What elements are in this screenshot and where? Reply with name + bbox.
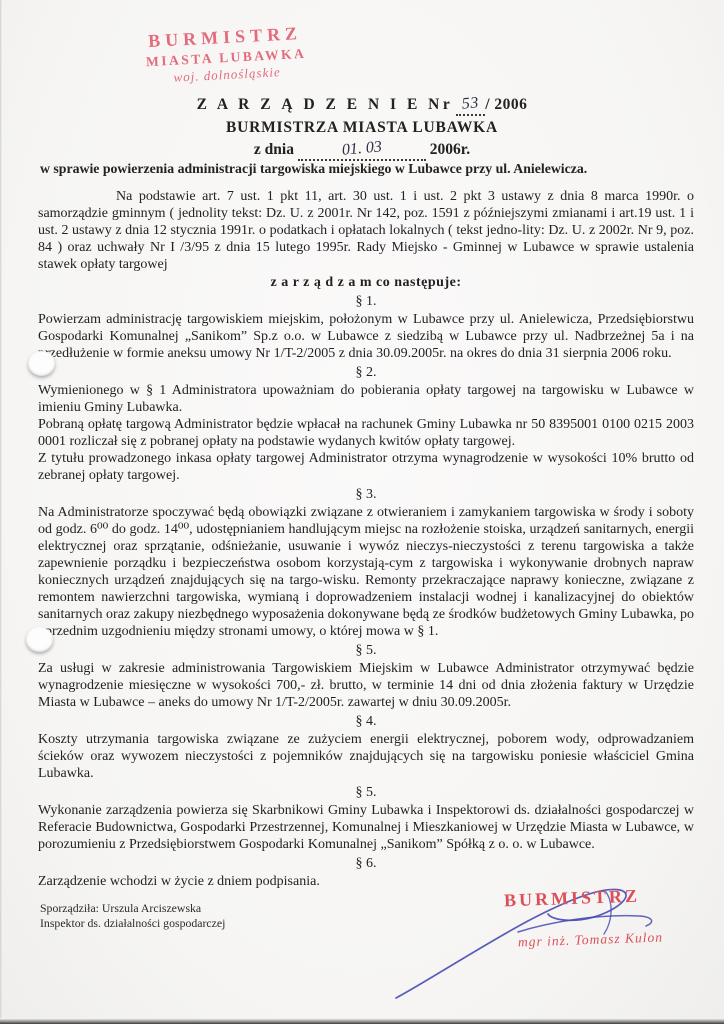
date-suffix: 2006r.	[430, 141, 470, 158]
prepared-by-block: Sporządziła: Urszula Arciszewska Inspekt…	[40, 901, 225, 931]
mayor-office-stamp: BURMISTRZ MIASTA LUBAWKA woj. dolnośląsk…	[95, 19, 358, 90]
section-body-3: Na Administratorze spoczywać będą obowią…	[38, 504, 694, 640]
hole-punch-bottom	[26, 627, 53, 652]
scan-edge-bottom	[0, 1018, 724, 1024]
handwritten-date: 01. 03	[341, 138, 382, 159]
document-title-block: Z A R Z Ą D Z E N I E Nr53/ 2006 BURMIST…	[0, 96, 724, 161]
scan-edge-left	[0, 0, 2, 1024]
section-heading-5b: § 5.	[38, 784, 694, 801]
issuer-line: BURMISTRZA MIASTA LUBAWKA	[0, 119, 724, 137]
subject-line: w sprawie powierzenia administracji targ…	[40, 161, 696, 177]
document-body: Na podstawie art. 7 ust. 1 pkt 11, art. …	[38, 188, 694, 890]
ordinance-title-text: Z A R Z Ą D Z E N I E Nr	[197, 96, 454, 113]
scanned-document-page: BURMISTRZ MIASTA LUBAWKA woj. dolnośląsk…	[0, 0, 724, 1024]
ordinance-year-text: / 2006	[485, 96, 527, 113]
section-body-2: Wymienionego w § 1 Administratora upoważ…	[38, 382, 694, 484]
section-body-5b: Wykonanie zarządzenia powierza się Skarb…	[38, 802, 694, 853]
ordinance-number-line: Z A R Z Ą D Z E N I E Nr53/ 2006	[0, 96, 724, 116]
section-body-4: Koszty utrzymania targowiska związane ze…	[38, 731, 694, 782]
section-heading-4: § 4.	[38, 713, 694, 730]
legal-basis-preamble: Na podstawie art. 7 ust. 1 pkt 11, art. …	[38, 188, 694, 273]
prepared-by-name: Sporządziła: Urszula Arciszewska	[40, 901, 225, 916]
prepared-by-role: Inspektor ds. działalności gospodarczej	[40, 916, 225, 931]
section-body-5a: Za usługi w zakresie administrowania Tar…	[38, 660, 694, 711]
section-heading-3: § 3.	[38, 486, 694, 503]
date-line: z dnia 01. 03 2006r.	[0, 141, 724, 161]
section-heading-2: § 2.	[38, 364, 694, 381]
section-heading-5a: § 5.	[38, 642, 694, 659]
date-prefix: z dnia	[254, 141, 294, 158]
section-heading-1: § 1.	[38, 293, 694, 310]
hole-punch-top	[28, 351, 55, 376]
handwritten-ordinance-number: 53	[461, 94, 480, 113]
section-body-1: Powierzam administrację targowiskiem mie…	[38, 311, 694, 362]
ordain-line: z a r z ą d z a m co następuje:	[38, 274, 694, 291]
